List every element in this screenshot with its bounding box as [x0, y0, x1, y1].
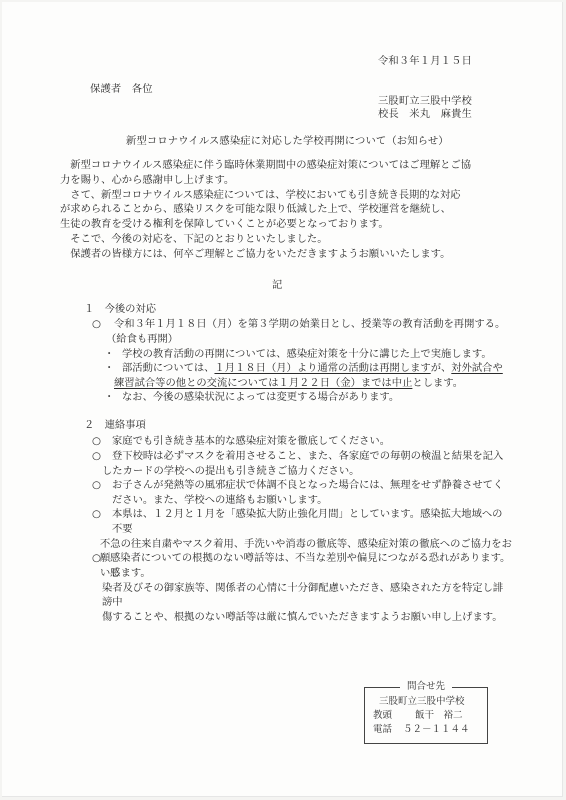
contact-school: 三股町立三股中学校: [379, 695, 465, 708]
bullet-marker: ・: [104, 347, 114, 362]
circle-marker: ○: [92, 478, 101, 493]
sender-school: 三股町立三股中学校: [378, 94, 472, 108]
section1-main-item: ○ 令和３年１月１８日（月）を第３学期の始業日とし、授業等の教育活動を再開する。…: [92, 317, 512, 347]
section2-item-3: ○ お子さんが発熱等の風邪症状で体調不良となった場合には、無理をせず静養させてく…: [92, 478, 512, 508]
section2-item-2: ○ 登下校時は必ずマスクを着用させること、また、各家庭での毎朝の検温と結果を記入…: [92, 449, 512, 479]
contact-box: 問合せ先 三股町立三股中学校 教頭 飯干 裕二 電話 ５２－１１４４: [364, 687, 488, 744]
circle-marker: ○: [92, 449, 101, 464]
intro-p2: さて、新型コロナウイルス感染症については、学校においても引き続き長期的な対応が求…: [60, 188, 500, 232]
underlined-suspension-b: 練習試合等の他との交流については１月２２日（金）までは中止: [114, 377, 412, 389]
intro-p3: そこで、今後の対応を、下記のとおりといたしました。: [60, 232, 500, 247]
section1-bullet-1: ・ 学校の教育活動の再開については、感染症対策を十分に講じた上で実施します。: [104, 347, 514, 362]
intro-p4: 保護者の皆様方には、何卒ご理解とご協力をいただきますようお願いいたします。: [60, 247, 500, 262]
underlined-suspension-a: 対外試合や: [451, 362, 502, 374]
section2-item-5: ○ 感染者についての根拠のない噂話等は、不当な差別や偏見につながる恐れがあります…: [92, 551, 512, 625]
contact-phone-label: 電話: [373, 723, 392, 736]
section1-heading: １ 今後の対応: [84, 302, 156, 316]
underlined-resume-date: １月１８日（月）より通常の活動は再開します: [214, 362, 430, 374]
section2-heading: ２ 連絡事項: [84, 418, 146, 432]
section2-item-1: ○ 家庭でも引き続き基本的な感染症対策を徹底してください。: [92, 434, 512, 449]
sender-principal: 校長 米丸 麻貴生: [378, 107, 472, 121]
circle-marker: ○: [92, 507, 101, 522]
addressee: 保護者 各位: [90, 82, 153, 96]
intro-body: 新型コロナウイルス感染症に伴う臨時休業期間中の感染症対策についてはご理解とご協力…: [60, 158, 500, 262]
circle-marker: ○: [92, 551, 101, 566]
document-page: 令和３年１月１５日 保護者 各位 三股町立三股中学校 校長 米丸 麻貴生 新型コ…: [2, 2, 563, 797]
intro-p1: 新型コロナウイルス感染症に伴う臨時休業期間中の感染症対策についてはご理解とご協力…: [60, 158, 500, 188]
ki-heading: 記: [272, 278, 282, 292]
circle-marker: ○: [92, 434, 101, 449]
contact-label: 問合せ先: [365, 680, 487, 694]
section1-bullet-2: ・ 部活動については、１月１８日（月）より通常の活動は再開しますが、対外試合や …: [104, 361, 514, 391]
bullet-marker: ・: [104, 361, 114, 376]
contact-role: 教頭: [373, 709, 392, 722]
contact-name: 飯干 裕二: [415, 709, 463, 722]
circle-marker: ○: [92, 317, 101, 332]
document-title: 新型コロナウイルス感染症に対応した学校再開について（お知らせ）: [126, 134, 449, 148]
contact-phone: ５２－１１４４: [403, 723, 470, 736]
section1-bullet-3: ・ なお、今後の感染状況によっては変更する場合があります。: [104, 390, 514, 405]
bullet-marker: ・: [104, 390, 114, 405]
document-date: 令和３年１月１５日: [378, 54, 472, 68]
